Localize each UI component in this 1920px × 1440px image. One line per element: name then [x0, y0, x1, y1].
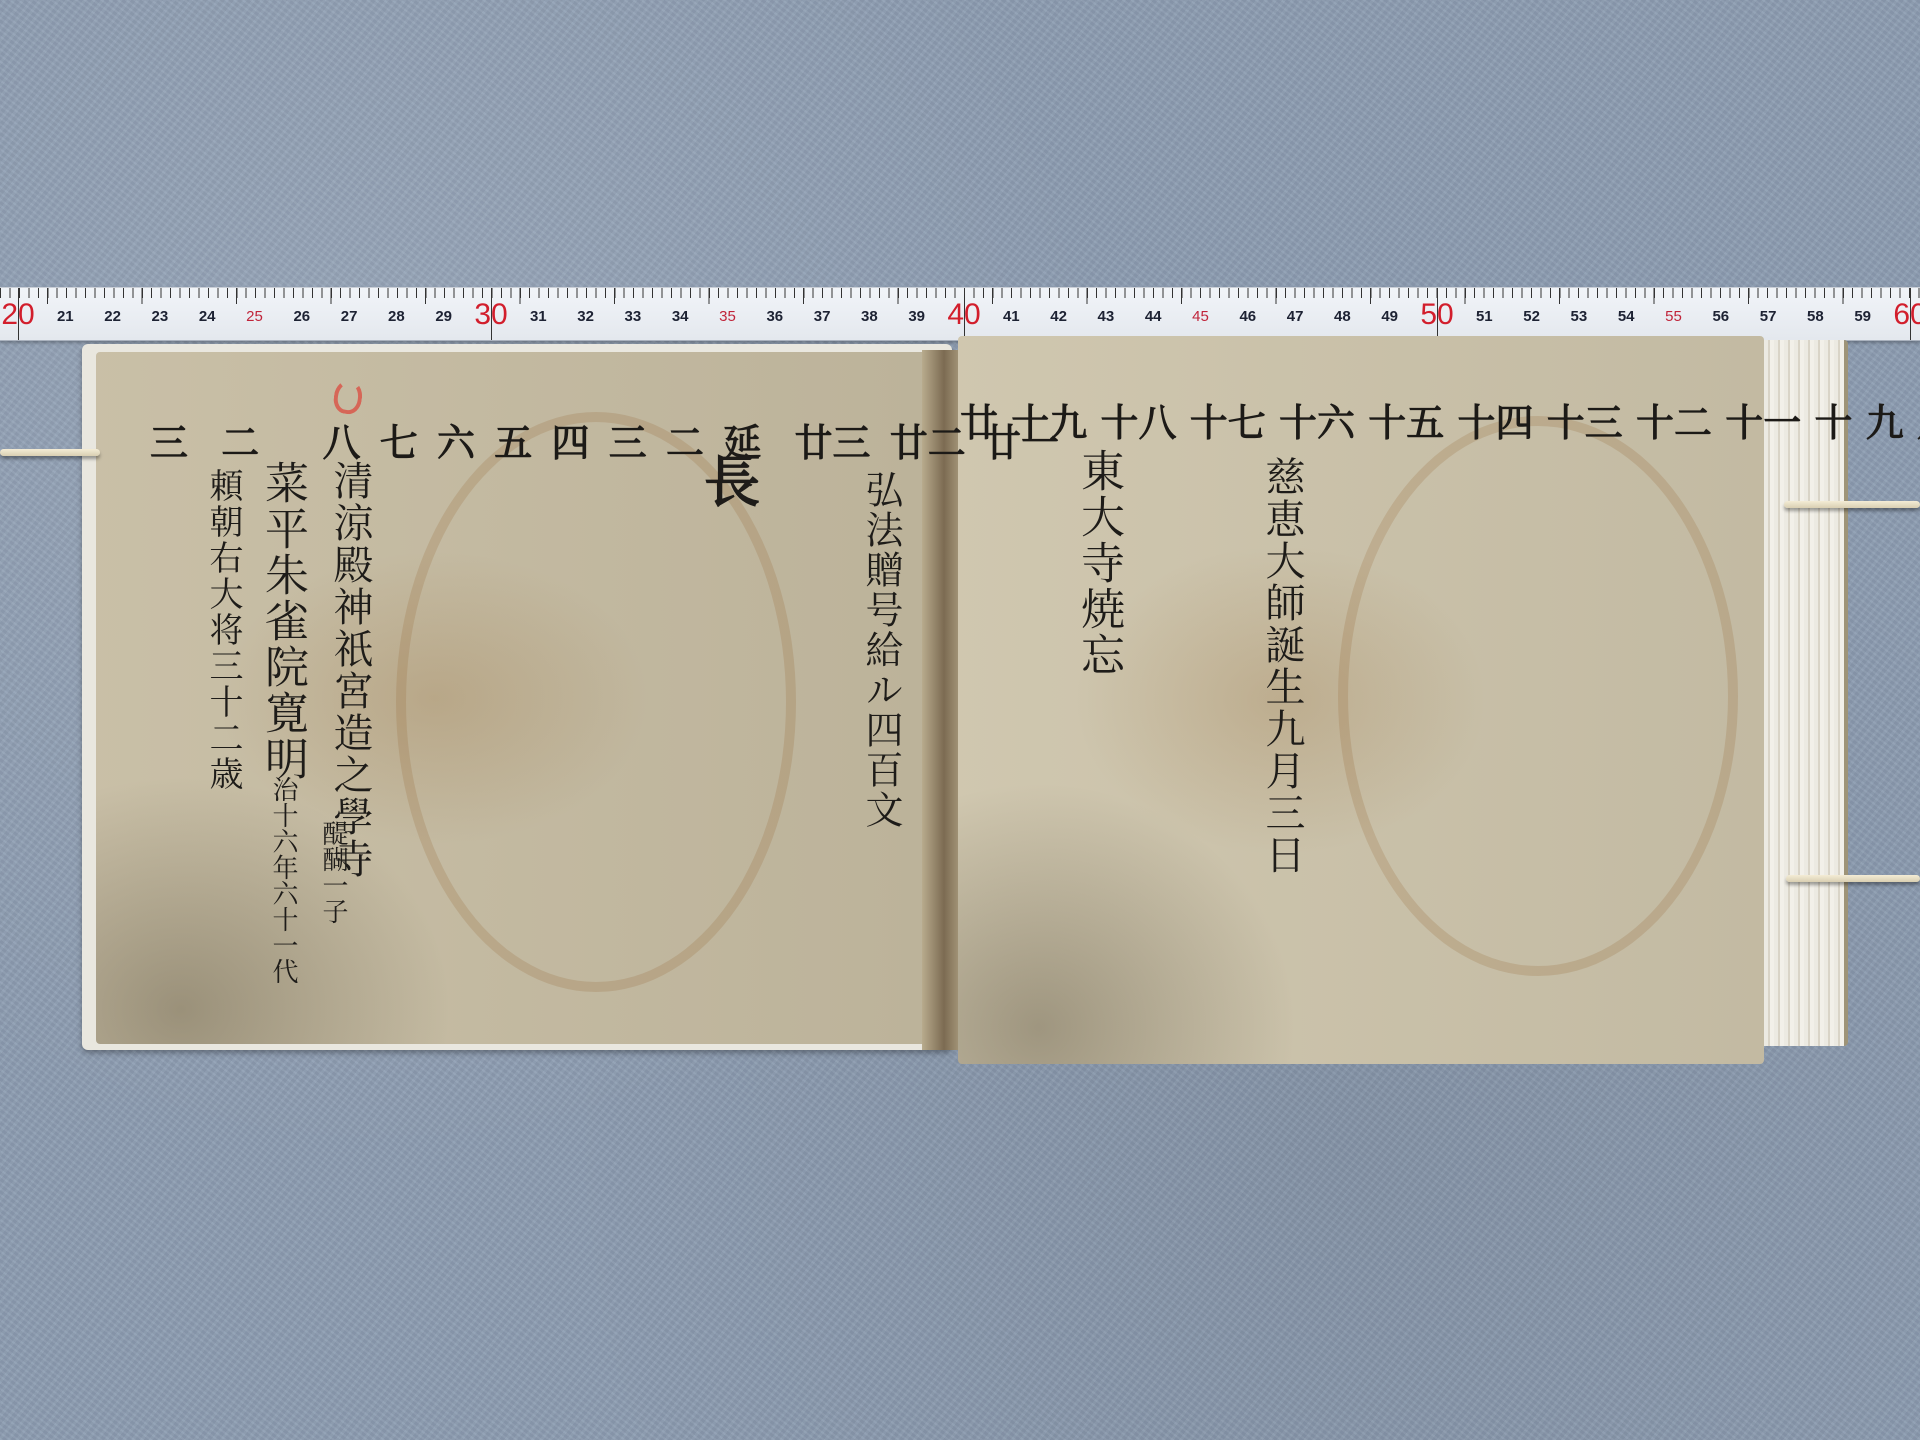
- ruler-label: 46: [1239, 308, 1256, 325]
- ruler-label: 52: [1523, 308, 1540, 325]
- ruler-label: 22: [104, 308, 121, 325]
- ruler-label: 24: [199, 308, 216, 325]
- numeral: 二: [221, 420, 259, 465]
- ruler-label: 45: [1192, 308, 1209, 325]
- numeral: 十三: [1547, 400, 1623, 445]
- ruler-label: 54: [1618, 308, 1635, 325]
- ruler-label: 58: [1807, 308, 1824, 325]
- text-column-kobo: 弘法贈号給ル四百文: [862, 470, 900, 830]
- numeral: 五: [494, 420, 532, 465]
- ruler-label: 32: [577, 308, 594, 325]
- text-column-yoritomo: 頼朝右大将三十二歳: [206, 468, 240, 792]
- ruler-label: 48: [1334, 308, 1351, 325]
- numeral: 廿二: [890, 420, 966, 465]
- ruler-label: 38: [861, 308, 878, 325]
- text-column-kiyomori: 清涼殿神祇宮造之學寺: [330, 460, 370, 880]
- header-numerals-right: 廿 十九 十八 十七 十六 十五 十四 十三 十二 十一 十 九 八 七 六 五: [960, 392, 1920, 447]
- ruler-label: 41: [1003, 308, 1020, 325]
- ruler-label: 30: [474, 298, 507, 332]
- ruler-label: 55: [1665, 308, 1682, 325]
- numeral: 十七: [1190, 400, 1266, 445]
- numeral: 十五: [1368, 400, 1444, 445]
- ruler-label: 43: [1098, 308, 1115, 325]
- ruler-label: 26: [293, 308, 310, 325]
- bamboo-pin-right-top: [1784, 501, 1920, 508]
- numeral: 七: [380, 420, 418, 465]
- ruler-label: 44: [1145, 308, 1162, 325]
- bamboo-pin-right-bottom: [1786, 875, 1920, 882]
- ruler-label: 59: [1854, 308, 1871, 325]
- numeral: 十九: [1011, 400, 1087, 445]
- text-column-noritsune-note: 治十六年六十一代: [270, 776, 296, 984]
- numeral: 廿三: [795, 420, 871, 465]
- numeral: 十: [1815, 400, 1853, 445]
- numeral: 八: [323, 420, 361, 465]
- ruler-label: 23: [152, 308, 169, 325]
- ruler-label: 33: [625, 308, 642, 325]
- text-column-jie: 慈恵大師誕生九月三日: [1262, 456, 1302, 876]
- ruler-label: 51: [1476, 308, 1493, 325]
- ruler-label: 20: [1, 298, 34, 332]
- ruler-label: 60: [1893, 298, 1920, 332]
- header-numerals-left: 三 二 八 七 六 五 四 三 二 延 廿三 廿二 廿一: [150, 412, 1059, 467]
- ruler-label: 47: [1287, 308, 1304, 325]
- ruler-label: 27: [341, 308, 358, 325]
- numeral: 三: [150, 420, 188, 465]
- ruler-label: 56: [1712, 308, 1729, 325]
- ruler-label: 25: [246, 308, 263, 325]
- text-column-enchou: 長: [700, 452, 756, 510]
- ruler-label: 50: [1420, 298, 1453, 332]
- ruler-label: 31: [530, 308, 547, 325]
- numeral: 十八: [1101, 400, 1177, 445]
- ruler-label: 40: [947, 298, 980, 332]
- ruler-label: 53: [1571, 308, 1588, 325]
- numeral: 十六: [1279, 400, 1355, 445]
- ruler-label: 28: [388, 308, 405, 325]
- numeral: 六: [437, 420, 475, 465]
- ruler-label: 57: [1760, 308, 1777, 325]
- numeral: 十四: [1458, 400, 1534, 445]
- ruler-label: 36: [766, 308, 783, 325]
- ruler-label: 37: [814, 308, 831, 325]
- text-column-noritsune: 菜平朱雀院寛明: [260, 460, 304, 782]
- text-column-todaiji: 東大寺焼忘: [1076, 448, 1120, 678]
- ruler-label: 21: [57, 308, 74, 325]
- numeral: 四: [552, 420, 590, 465]
- bamboo-pin-left: [0, 449, 100, 456]
- numeral: 十二: [1636, 400, 1712, 445]
- ruler-label: 49: [1381, 308, 1398, 325]
- water-stain: [1338, 416, 1738, 976]
- ruler-label: 39: [908, 308, 925, 325]
- ruler-label: 42: [1050, 308, 1067, 325]
- ruler-label: 35: [719, 308, 736, 325]
- numeral: 廿: [960, 400, 998, 445]
- text-column-kiyomori-note: 醍醐一子: [320, 820, 346, 924]
- ruler-label: 34: [672, 308, 689, 325]
- ruler-label: 29: [435, 308, 452, 325]
- numeral: 九: [1866, 400, 1904, 445]
- numeral: 三: [609, 420, 647, 465]
- numeral: 十一: [1725, 400, 1801, 445]
